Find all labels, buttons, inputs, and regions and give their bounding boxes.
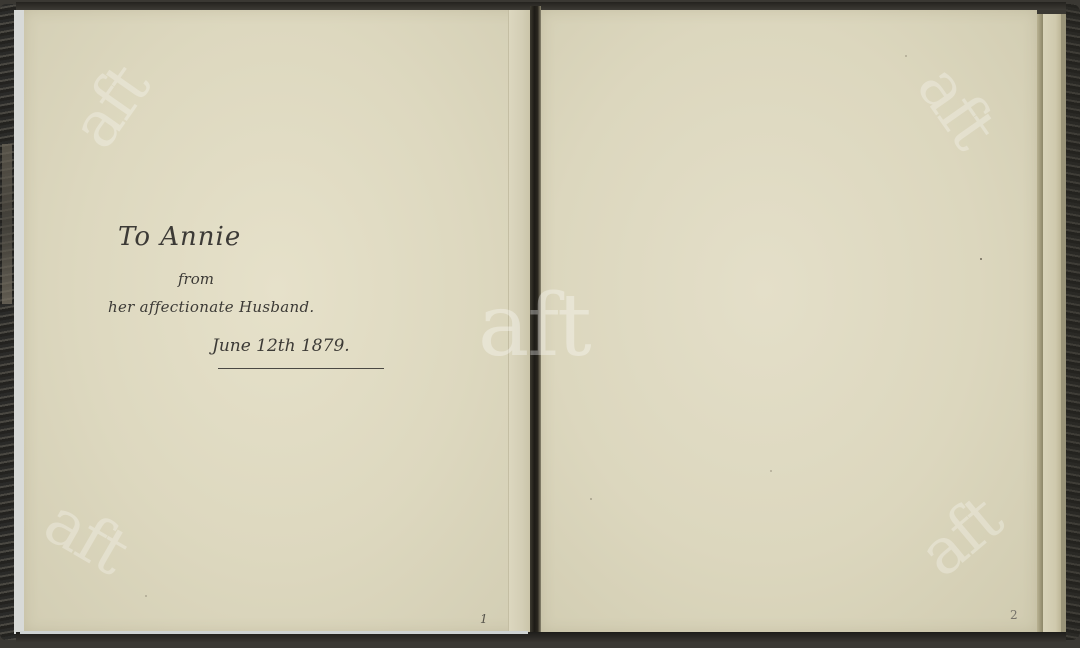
inscription-sender: her affectionate Husband. [108,298,314,316]
page-number-right: 2 [1010,608,1018,622]
open-book: aft aft aft aft aft To Annie from her af… [0,0,1080,648]
page-number-left: 1 [480,612,488,626]
handwritten-inscription: To Annie from her affectionate Husband. … [104,218,404,388]
paper-speck [905,55,907,57]
paper-speck [590,498,592,500]
inscription-date: June 12th 1879. [212,336,350,356]
worn-leather [2,144,12,304]
cover-right-edge [1066,4,1080,640]
endpaper-bottom [20,631,528,634]
inscription-from: from [178,270,214,288]
inscription-underline [218,368,384,369]
paper-speck [770,470,772,472]
paper-speck [145,595,147,597]
page-stack [1043,14,1061,632]
cover-top-edge [16,2,1066,10]
inscription-recipient: To Annie [118,222,241,252]
paper-speck [980,258,982,260]
watermark-center: aft [478,276,590,376]
